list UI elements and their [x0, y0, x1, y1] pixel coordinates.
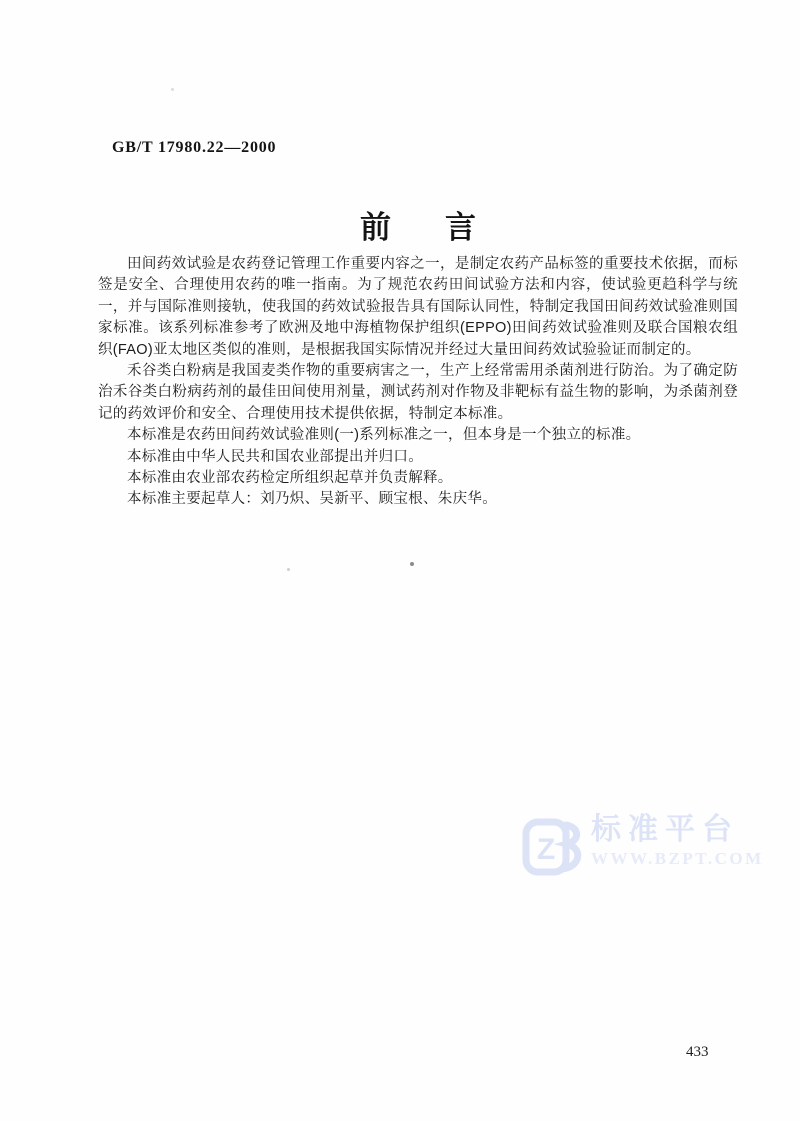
bzpt-logo-icon: Z: [521, 816, 583, 883]
foreword-paragraph: 本标准主要起草人：刘乃炽、吴新平、顾宝根、朱庆华。: [98, 489, 738, 510]
foreword-paragraph: 本标准由中华人民共和国农业部提出并归口。: [98, 447, 738, 468]
watermark: Z 标准平台 WWW.BZPT.COM: [521, 812, 736, 892]
page-title-char-2: 言: [445, 210, 476, 245]
foreword-paragraph: 田间药效试验是农药登记管理工作重要内容之一，是制定农药产品标签的重要技术依据，而…: [98, 254, 738, 361]
scan-speck: [287, 568, 290, 571]
foreword-text: 田间药效试验是农药登记管理工作重要内容之一，是制定农药产品标签的重要技术依据，而…: [98, 254, 738, 511]
document-page: GB/T 17980.22—2000 前言 田间药效试验是农药登记管理工作重要内…: [0, 0, 800, 1121]
page-title-char-1: 前: [360, 210, 391, 245]
page-number: 433: [686, 1044, 709, 1061]
watermark-brand-name: 标准平台: [591, 812, 764, 848]
scan-speck: [410, 562, 414, 566]
foreword-paragraph: 禾谷类白粉病是我国麦类作物的重要病害之一，生产上经常需用杀菌剂进行防治。为了确定…: [98, 361, 738, 425]
page-title: 前言: [98, 210, 738, 246]
watermark-texts: 标准平台 WWW.BZPT.COM: [591, 812, 764, 870]
scan-speck: [171, 88, 174, 91]
watermark-website: WWW.BZPT.COM: [591, 848, 764, 870]
logo-letter-z: Z: [537, 833, 555, 866]
standard-number: GB/T 17980.22—2000: [112, 139, 276, 157]
foreword-paragraph: 本标准由农业部农药检定所组织起草并负责解释。: [98, 468, 738, 489]
foreword-paragraph: 本标准是农药田间药效试验准则(一)系列标准之一，但本身是一个独立的标准。: [98, 425, 738, 446]
